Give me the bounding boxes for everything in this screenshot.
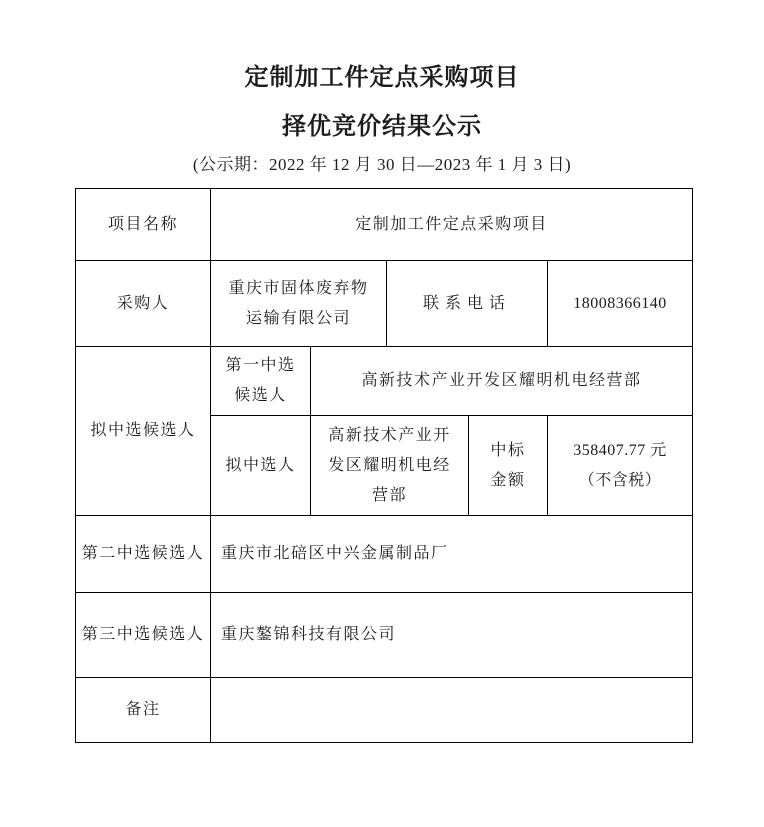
table-row-remarks: 备注 [76, 678, 693, 743]
purchaser-label-cell: 采购人 [76, 261, 211, 347]
table-row-third-candidate: 第三中选候选人 重庆鏊锦科技有限公司 [76, 593, 693, 678]
third-candidate-value-cell: 重庆鏊锦科技有限公司 [211, 593, 693, 678]
candidates-label-cell: 拟中选候选人 [76, 347, 211, 516]
proposed-winner-label-cell: 拟中选人 [211, 416, 311, 516]
remarks-label-cell: 备注 [76, 678, 211, 743]
table-row-project-name: 项目名称 定制加工件定点采购项目 [76, 189, 693, 261]
page-title-line1: 定制加工件定点采购项目 [0, 54, 764, 103]
table-row-second-candidate: 第二中选候选人 重庆市北碚区中兴金属制品厂 [76, 516, 693, 593]
second-candidate-label-cell: 第二中选候选人 [76, 516, 211, 593]
project-name-label-cell: 项目名称 [76, 189, 211, 261]
result-table: 项目名称 定制加工件定点采购项目 采购人 重庆市固体废弃物 运输有限公司 联系电… [75, 188, 693, 743]
table-row-first-candidate: 拟中选候选人 第一中选 候选人 高新技术产业开发区耀明机电经营部 [76, 347, 693, 416]
third-candidate-label-cell: 第三中选候选人 [76, 593, 211, 678]
second-candidate-value-cell: 重庆市北碚区中兴金属制品厂 [211, 516, 693, 593]
announcement-document: 定制加工件定点采购项目 择优竞价结果公示 (公示期：2022 年 12 月 30… [0, 0, 764, 827]
page-title: 定制加工件定点采购项目 择优竞价结果公示 [0, 54, 764, 152]
table-row-purchaser: 采购人 重庆市固体废弃物 运输有限公司 联系电话 18008366140 [76, 261, 693, 347]
publicity-period: (公示期：2022 年 12 月 30 日—2023 年 1 月 3 日) [0, 153, 764, 177]
contact-phone-label-cell: 联系电话 [387, 261, 548, 347]
purchaser-value-cell: 重庆市固体废弃物 运输有限公司 [211, 261, 387, 347]
project-name-value-cell: 定制加工件定点采购项目 [211, 189, 693, 261]
remarks-value-cell [211, 678, 693, 743]
first-candidate-label-cell: 第一中选 候选人 [211, 347, 311, 416]
page-title-line2: 择优竞价结果公示 [0, 103, 764, 152]
first-candidate-value-cell: 高新技术产业开发区耀明机电经营部 [311, 347, 693, 416]
award-amount-label-cell: 中标 金额 [469, 416, 548, 516]
award-amount-value-cell: 358407.77 元 （不含税） [548, 416, 693, 516]
contact-phone-value-cell: 18008366140 [548, 261, 693, 347]
proposed-winner-value-cell: 高新技术产业开 发区耀明机电经 营部 [311, 416, 469, 516]
